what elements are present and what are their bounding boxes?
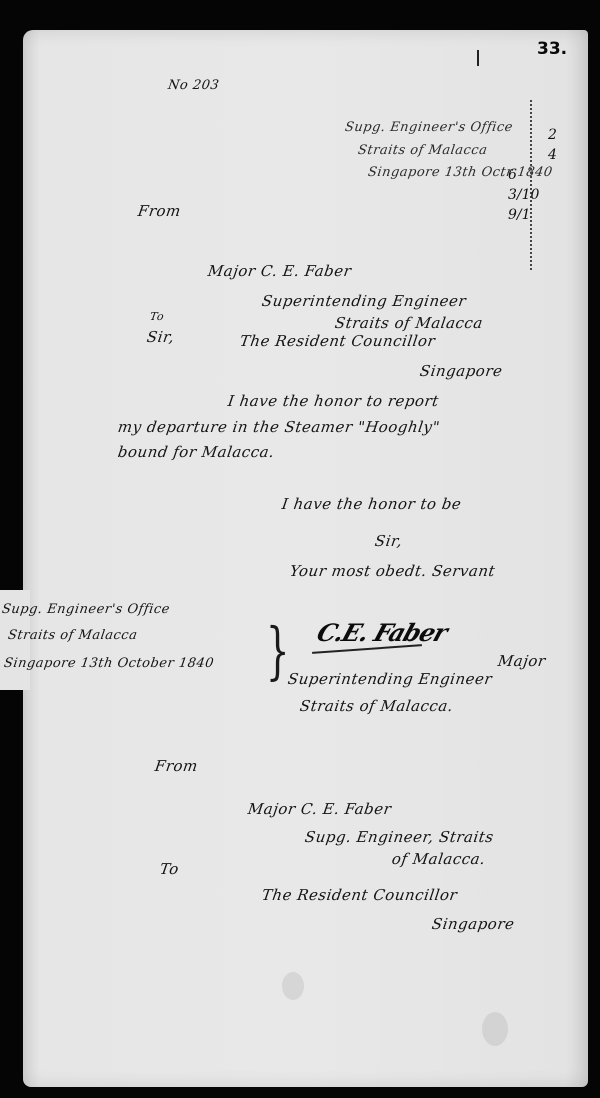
- margin-note-line3: Singapore 13th October 1840: [3, 656, 215, 671]
- paper-stain: [482, 1012, 508, 1046]
- margin-figure: 9/1: [508, 205, 557, 225]
- from-label: From: [137, 202, 182, 220]
- docket-sender-title: Supg. Engineer, Straits: [304, 828, 495, 846]
- margin-figure: 4: [548, 145, 557, 165]
- closing-line-3: Your most obedt. Servant: [289, 562, 497, 580]
- margin-figure: 6: [508, 165, 557, 185]
- sender-title: Superintending Engineer: [261, 292, 468, 310]
- brace-symbol: }: [266, 620, 290, 682]
- margin-figure: 2: [548, 125, 557, 145]
- salutation: Sir,: [146, 328, 176, 346]
- paper-stain: [282, 972, 304, 1000]
- to-label: To: [149, 310, 165, 323]
- sender-name: Major C. E. Faber: [207, 262, 353, 280]
- docket-recipient: The Resident Councillor: [261, 886, 459, 904]
- signature: C.E. Faber: [313, 618, 450, 647]
- docket-sender-region: of Malacca.: [391, 850, 487, 868]
- docket-recipient-place: Singapore: [431, 915, 516, 933]
- header-address-line1: Supg. Engineer's Office: [344, 120, 514, 135]
- sender-region: Straits of Malacca: [334, 314, 484, 332]
- scan-frame: 33. No 203 Supg. Engineer's Office Strai…: [0, 0, 600, 1098]
- recipient-place: Singapore: [419, 362, 504, 380]
- page-number: 33.: [537, 39, 567, 59]
- closing-line-2: Sir,: [374, 532, 404, 550]
- docket-to-label: To: [159, 860, 180, 878]
- tick-mark: [477, 50, 479, 66]
- signature-region: Straits of Malacca.: [299, 697, 455, 715]
- margin-note-line2: Straits of Malacca: [7, 628, 138, 643]
- margin-figures: 2 4 6 3/10 9/1: [548, 125, 557, 225]
- docket-sender-name: Major C. E. Faber: [247, 800, 393, 818]
- body-line-1: I have the honor to report: [227, 392, 440, 410]
- body-line-2: my departure in the Steamer "Hooghly": [117, 418, 441, 436]
- docket-from-label: From: [154, 757, 199, 775]
- recipient: The Resident Councillor: [239, 332, 437, 350]
- margin-figure: 3/10: [508, 185, 557, 205]
- header-address-line2: Straits of Malacca: [357, 143, 488, 158]
- reference-number: No 203: [167, 78, 220, 93]
- signature-rank: Major: [497, 652, 547, 670]
- signature-title: Superintending Engineer: [287, 670, 494, 688]
- closing-line-1: I have the honor to be: [281, 495, 463, 513]
- body-line-3: bound for Malacca.: [117, 443, 276, 461]
- margin-note-line1: Supg. Engineer's Office: [1, 602, 171, 617]
